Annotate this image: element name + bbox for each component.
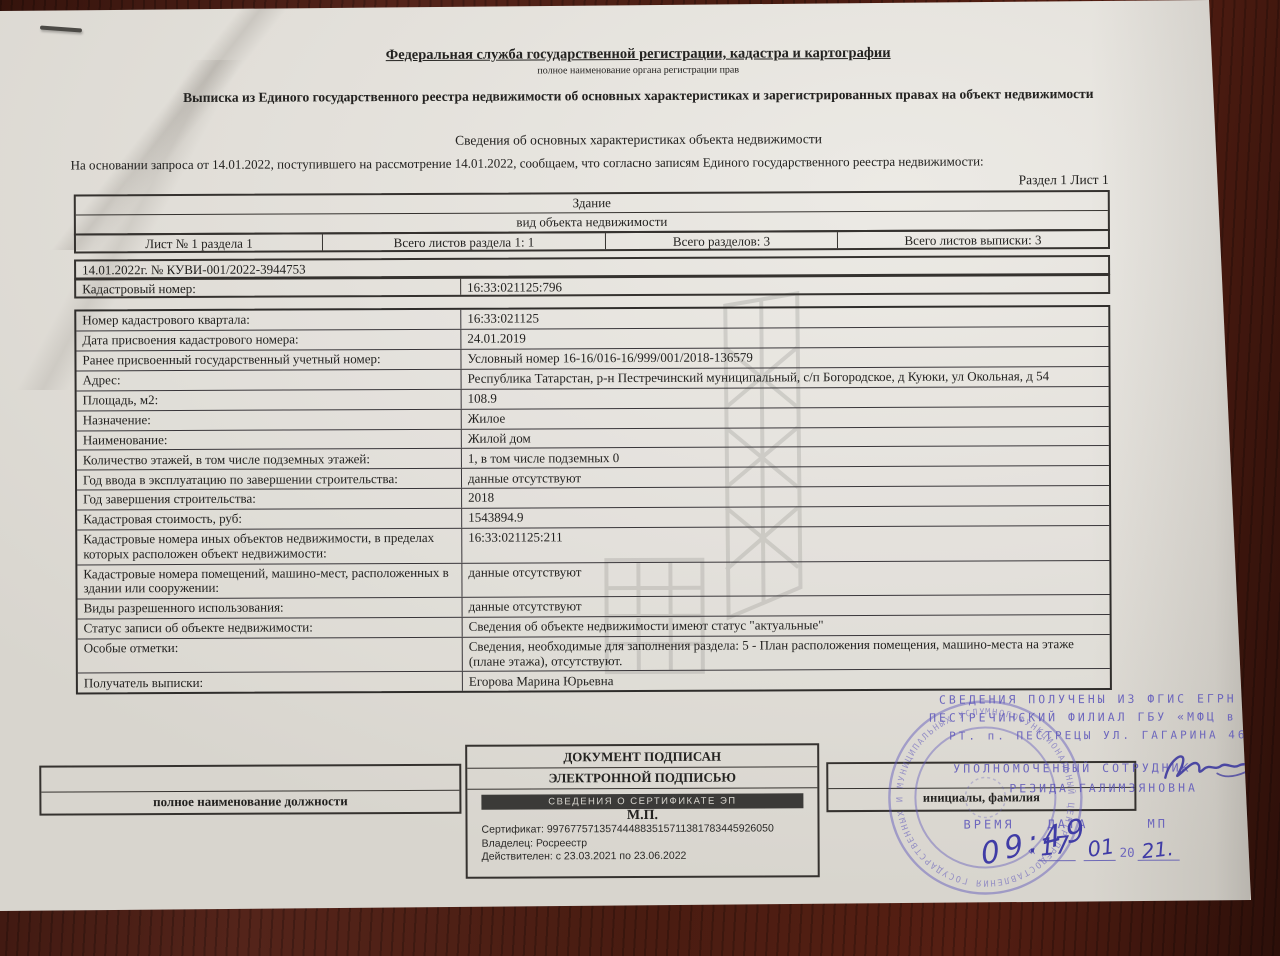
attributes-table: Номер кадастрового квартала:16:33:021125… bbox=[74, 305, 1112, 695]
agency-subtitle: полное наименование органа регистрации п… bbox=[138, 63, 1138, 78]
table-row: Кадастровые номера помещений, машино-мес… bbox=[77, 560, 1109, 599]
handwritten-month: 01 bbox=[1086, 834, 1116, 862]
section-title: Сведения об основных характеристиках объ… bbox=[138, 130, 1138, 150]
handwritten-year: 21. bbox=[1140, 836, 1174, 863]
row-label: Год завершения строительства: bbox=[77, 489, 462, 510]
row-value: 1543894.9 bbox=[462, 506, 1109, 528]
certificate-details: Сертификат: 9976775713574448835157113817… bbox=[482, 822, 774, 864]
sheet-counter-cell: Всего листов выписки: 3 bbox=[838, 231, 1108, 248]
cadastral-number-label: Кадастровый номер: bbox=[76, 279, 461, 297]
section-page-label: Раздел 1 Лист 1 bbox=[799, 172, 1109, 189]
stamp-time-label: ВРЕМЯ bbox=[963, 817, 1014, 831]
certificate-number: Сертификат: 9976775713574448835157113817… bbox=[482, 822, 774, 837]
row-label: Наименование: bbox=[77, 429, 462, 450]
row-label: Назначение: bbox=[77, 409, 462, 430]
document-title: Выписка из Единого государственного реес… bbox=[118, 86, 1158, 107]
row-label: Кадастровая стоимость, руб: bbox=[77, 509, 462, 530]
cadastral-number-value: 16:33:021125:796 bbox=[461, 276, 1108, 295]
row-value: Сведения об объекте недвижимости имеют с… bbox=[463, 615, 1110, 637]
row-label: Адрес: bbox=[77, 370, 462, 391]
row-label: Номер кадастрового квартала: bbox=[76, 310, 461, 331]
position-empty-row bbox=[41, 766, 459, 793]
row-value: Жилое bbox=[462, 407, 1109, 429]
request-basis-line: На основании запроса от 14.01.2022, пост… bbox=[71, 153, 1131, 174]
position-label: полное наименование должности bbox=[41, 791, 459, 817]
signed-line2: ЭЛЕКТРОННОЙ ПОДПИСЬЮ bbox=[467, 767, 817, 790]
position-box: полное наименование должности bbox=[39, 764, 461, 816]
row-label: Год ввода в эксплуатацию по завершении с… bbox=[77, 469, 462, 490]
row-value: 16:33:021125 bbox=[461, 307, 1108, 329]
certificate-validity: Действителен: с 23.03.2021 по 23.06.2022 bbox=[482, 849, 774, 864]
stamp-year-prefix: 20 bbox=[1120, 845, 1135, 860]
row-label: Кадастровые номера иных объектов недвижи… bbox=[77, 529, 462, 564]
digital-signature-box: ДОКУМЕНТ ПОДПИСАН ЭЛЕКТРОННОЙ ПОДПИСЬЮ С… bbox=[465, 743, 820, 879]
row-value: 108.9 bbox=[462, 387, 1109, 409]
row-value: Республика Татарстан, р-н Пестречинский … bbox=[462, 367, 1109, 389]
handwritten-signature bbox=[1159, 747, 1255, 796]
sheet-counter-cell: Всего листов раздела 1: 1 bbox=[323, 233, 606, 250]
stamp-line-official: УПОЛНОМОЧЕННЫЙ СОТРУДНИК bbox=[953, 761, 1191, 776]
agency-title: Федеральная служба государственной регис… bbox=[138, 44, 1138, 65]
row-value: 24.01.2019 bbox=[461, 327, 1108, 349]
stamp-line-branch: ПЕСТРЕЧИНСКИЙ ФИЛИАЛ ГБУ «МФЦ в РТ» bbox=[929, 709, 1276, 725]
row-value: 16:33:021125:211 bbox=[462, 526, 1109, 562]
row-label: Количество этажей, в том числе подземных… bbox=[77, 449, 462, 470]
cadastral-number-row: Кадастровый номер: 16:33:021125:796 bbox=[74, 274, 1110, 299]
row-label: Кадастровые номера помещений, машино-мес… bbox=[77, 563, 462, 598]
row-value: Жилой дом bbox=[462, 426, 1109, 448]
row-value: 1, в том числе подземных 0 bbox=[462, 446, 1109, 468]
row-value: 2018 bbox=[462, 486, 1109, 508]
stamp-mp-label: МП bbox=[1147, 817, 1168, 831]
row-label: Статус записи об объекте недвижимости: bbox=[78, 618, 463, 639]
photo-of-document: { "colors":{"stamp_purple":"#5f58bb","ha… bbox=[0, 0, 1280, 956]
sheet-counters-row: Лист № 1 раздела 1Всего листов раздела 1… bbox=[74, 229, 1110, 254]
sheet-counter-cell: Лист № 1 раздела 1 bbox=[76, 234, 323, 251]
row-label: Особые отметки: bbox=[78, 638, 463, 673]
row-value: Сведения, необходимые для заполнения раз… bbox=[463, 635, 1110, 671]
signed-line1: ДОКУМЕНТ ПОДПИСАН bbox=[467, 745, 817, 769]
row-value: данные отсутствуют bbox=[462, 466, 1109, 488]
sheet-counter-cell: Всего разделов: 3 bbox=[606, 232, 838, 249]
row-label: Ранее присвоенный государственный учетны… bbox=[76, 350, 461, 371]
row-value: данные отсутствуют bbox=[462, 561, 1109, 597]
row-value: данные отсутствуют bbox=[463, 595, 1110, 617]
row-value: Егорова Марина Юрьевна bbox=[463, 669, 1110, 691]
table-row: Особые отметки:Сведения, необходимые для… bbox=[78, 634, 1110, 673]
stamp-line-address: РТ. п. ПЕСТРЕЦЫ УЛ. ГАГАРИНА 46 bbox=[949, 728, 1247, 742]
row-value: Условный номер 16-16/016-16/999/001/2018… bbox=[461, 347, 1108, 369]
paper-sheet: Федеральная служба государственной регис… bbox=[0, 0, 1280, 956]
certificate-owner: Владелец: Росреестр bbox=[482, 836, 774, 851]
document-content: Федеральная служба государственной регис… bbox=[0, 0, 1280, 956]
row-label: Площадь, м2: bbox=[77, 389, 462, 410]
table-row: Кадастровые номера иных объектов недвижи… bbox=[77, 525, 1109, 564]
stamp-line-source: СВЕДЕНИЯ ПОЛУЧЕНЫ ИЗ ФГИС ЕГРН bbox=[939, 691, 1237, 706]
row-label: Виды разрешенного использования: bbox=[78, 598, 463, 619]
row-label: Получатель выписки: bbox=[78, 672, 463, 693]
handwritten-day: 17 bbox=[1038, 831, 1071, 862]
row-label: Дата присвоения кадастрового номера: bbox=[76, 330, 461, 351]
